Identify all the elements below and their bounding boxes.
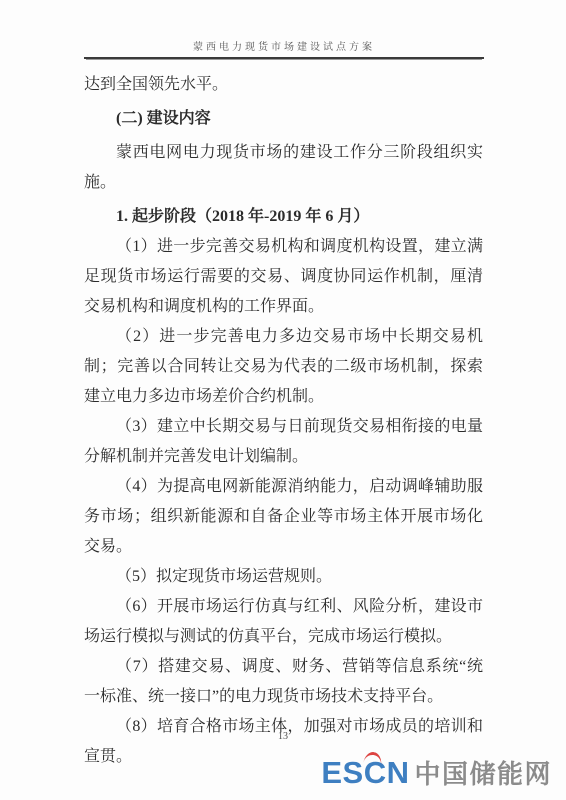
list-paragraph-1: （1）进一步完善交易机构和调度机构设置，建立满足现货市场运行需要的交易、调度协同… [84,232,483,322]
list-paragraph-5: （5）拟定现货市场运营规则。 [84,562,483,592]
page-number: 13 [0,731,566,742]
list-paragraph-6: （6）开展市场运行仿真与红利、风险分析，建设市场运行模拟与测试的仿真平台，完成市… [84,592,483,652]
list-paragraph-7: （7）搭建交易、调度、财务、营销等信息系统“统一标准、统一接口”的电力现货市场技… [84,652,483,712]
escn-watermark-logo: ESCN 中国储能网 [321,754,552,791]
section-heading: (二) 建设内容 [84,104,483,134]
document-page: 蒙西电力现货市场建设试点方案 达到全国领先水平。 (二) 建设内容 蒙西电网电力… [0,0,566,800]
list-paragraph-2: （2）进一步完善电力多边交易市场中长期交易机制；完善以合同转让交易为代表的二级市… [84,322,483,412]
continuation-paragraph: 达到全国领先水平。 [84,70,483,100]
logo-chinese-text: 中国储能网 [414,754,552,791]
document-body: 达到全国领先水平。 (二) 建设内容 蒙西电网电力现货市场的建设工作分三阶段组织… [84,70,483,772]
running-header-title: 蒙西电力现货市场建设试点方案 [193,42,375,53]
logo-latin-text: ESCN [321,755,409,791]
running-header: 蒙西电力现货市场建设试点方案 [84,38,484,59]
list-paragraph-3: （3）建立中长期交易与日前现货交易相衔接的电量分解机制并完善发电计划编制。 [84,412,483,472]
stage-heading: 1. 起步阶段（2018 年-2019 年 6 月） [84,202,483,232]
lead-paragraph: 蒙西电网电力现货市场的建设工作分三阶段组织实施。 [84,138,483,198]
list-paragraph-4: （4）为提高电网新能源消纳能力，启动调峰辅助服务市场；组织新能源和自备企业等市场… [84,472,483,562]
